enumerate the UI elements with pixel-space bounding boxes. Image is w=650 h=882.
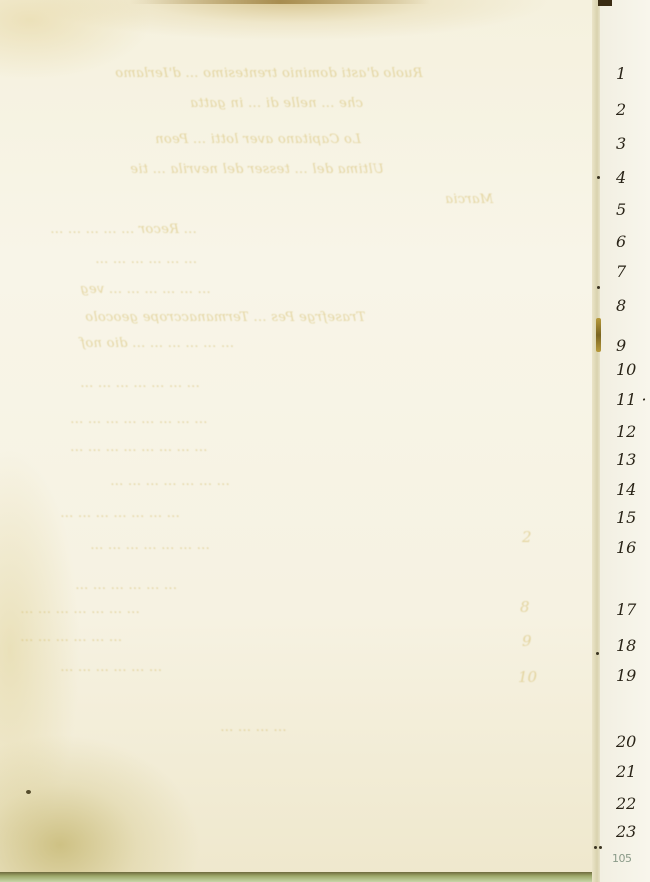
line-number: 10: [616, 360, 636, 379]
line-number: 22: [616, 794, 636, 813]
bleed-line: che ... nelle di ... in gatta: [190, 96, 363, 111]
binding-hole: [594, 846, 597, 849]
bleed-line: ... ... ... ... ... ... ...: [90, 538, 210, 553]
line-number: 20: [616, 732, 636, 751]
line-number: 19: [616, 666, 636, 685]
bleed-line: ... ... ... ... ... ...: [60, 660, 162, 675]
bleed-line: ... ... ... ... ... ... ...: [80, 376, 200, 391]
bleed-line: ... ... ... ... ... ... ...: [110, 474, 230, 489]
line-number: 9: [616, 336, 626, 355]
bleed-line: ... ... ... ... ... ...: [95, 252, 197, 267]
bleed-margin-number: 9: [522, 632, 532, 650]
bleed-line: Ruolo d'asti dominio trentesimo ... d'Ie…: [115, 66, 423, 81]
bleed-line: ... ... ... ... ... ...: [75, 578, 177, 593]
bleed-line: ... ... ... ... ... ... ...: [60, 506, 180, 521]
bleed-line: Marcia: [445, 192, 493, 207]
bleed-line: ... ... ... ... ... ...: [20, 630, 122, 645]
line-number: 1: [616, 64, 626, 83]
line-number: 4: [616, 168, 626, 187]
line-number: 6: [616, 232, 626, 251]
binding-stitch-stain: [596, 318, 601, 352]
binding-hole: [597, 286, 600, 289]
bleed-line: Trasefrge Pes ... Termanaccrope geocolo: [85, 310, 366, 325]
line-number: 11 · 12: [616, 390, 650, 409]
line-number: 12: [616, 422, 636, 441]
line-number: 21: [616, 762, 636, 781]
line-number: 3: [616, 134, 626, 153]
folio-number: 105: [612, 852, 632, 865]
line-number: 18: [616, 636, 636, 655]
line-number: 13: [616, 450, 636, 469]
manuscript-scan: Ruolo d'asti dominio trentesimo ... d'Ie…: [0, 0, 650, 882]
bleed-line: ... ... ... ... ... ... dio nof: [80, 336, 234, 351]
bleed-line: ... Recor ... ... ... ... ...: [50, 222, 197, 237]
bleed-line: ... ... ... ...: [220, 720, 287, 735]
bleed-margin-number: 2: [522, 528, 532, 546]
line-number: 8: [616, 296, 626, 315]
line-number: 15: [616, 508, 636, 527]
bleed-line: ... ... ... ... ... ... ... ...: [70, 440, 207, 455]
binding-shadow: [598, 0, 612, 6]
top-water-stain: [130, 0, 430, 4]
binding-hole: [597, 176, 600, 179]
binding-hole: [599, 846, 602, 849]
bleed-line: ... ... ... ... ... ... ... ...: [70, 412, 207, 427]
line-number: 23: [616, 822, 636, 841]
line-number: 5: [616, 200, 626, 219]
bleed-line: ... ... ... ... ... ... veg: [80, 282, 211, 297]
line-number: 16: [616, 538, 636, 557]
bleed-line: ... ... ... ... ... ... ...: [20, 602, 140, 617]
bleed-margin-number: 10: [518, 668, 537, 686]
bleed-line: Lo Capitano aver lotti ... Peon: [155, 132, 361, 147]
line-number: 14: [616, 480, 636, 499]
line-number: 7: [616, 262, 626, 281]
bleed-margin-number: 8: [520, 598, 530, 616]
page-bottom-edge: [0, 872, 598, 882]
binding-hole: [596, 652, 599, 655]
line-number: 17: [616, 600, 636, 619]
ink-spot: [26, 790, 31, 794]
bleed-line: Ultima del ... tesser del nevrila ... ti…: [130, 162, 384, 177]
line-number: 2: [616, 100, 626, 119]
